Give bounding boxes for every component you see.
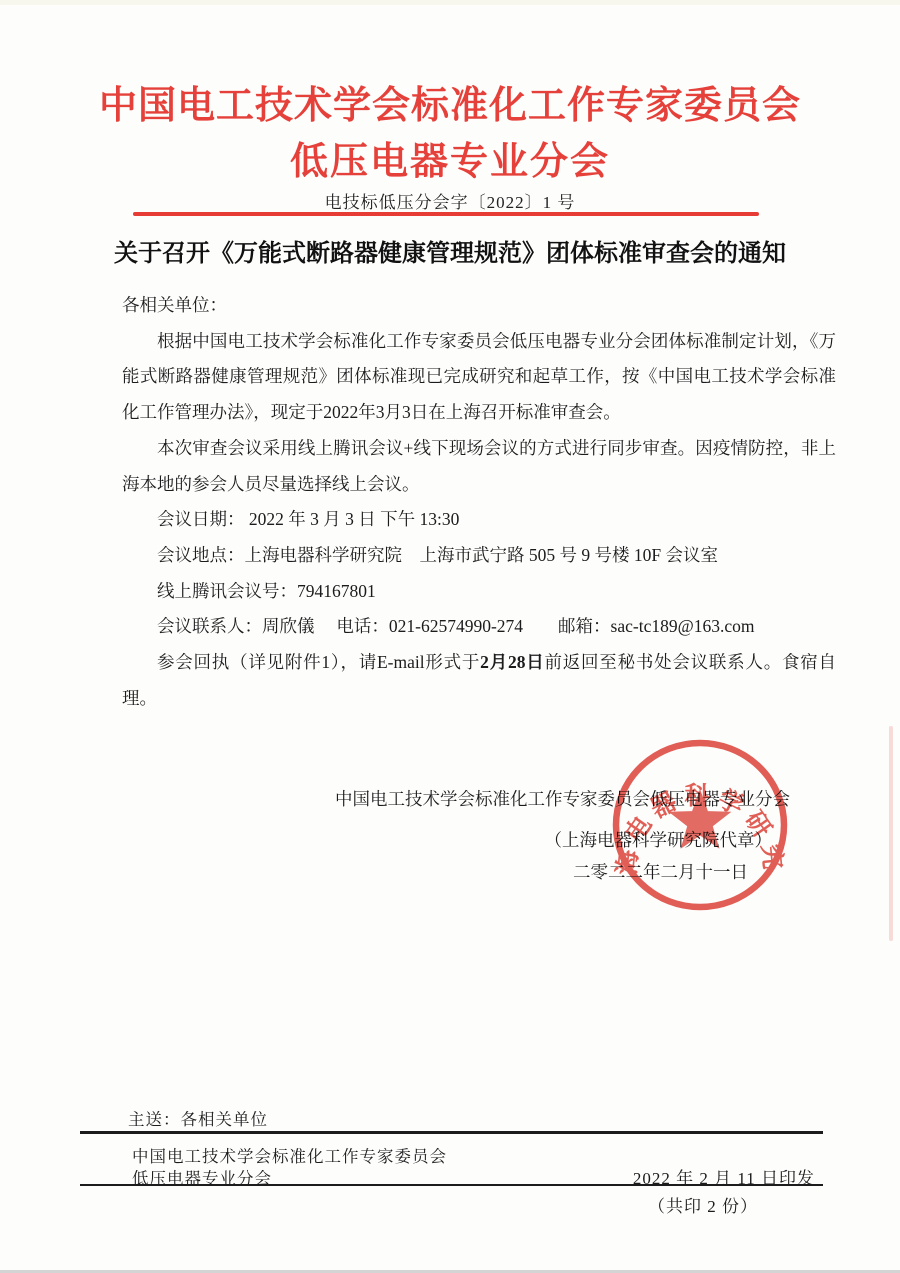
tencent-meeting-id-line: 线上腾讯会议号：794167801 — [122, 574, 836, 610]
salutation: 各相关单位： — [122, 288, 836, 324]
meeting-place-line: 会议地点：上海电器科学研究院 上海市武宁路 505 号 9 号楼 10F 会议室 — [122, 538, 836, 574]
document-page: 中国电工技术学会标准化工作专家委员会 低压电器专业分会 电技标低压分会字〔202… — [0, 0, 900, 1273]
paragraph-1: 根据中国电工技术学会标准化工作专家委员会低压电器专业分会团体标准制定计划，《万能… — [122, 324, 836, 431]
scan-edge-top — [0, 0, 900, 5]
footer-rule-top — [80, 1131, 823, 1134]
paragraph-2: 本次审查会议采用线上腾讯会议+线下现场会议的方式进行同步审查。因疫情防控，非上海… — [122, 431, 836, 502]
reply-deadline: 2月28日 — [480, 652, 544, 672]
letterhead-org-line1: 中国电工技术学会标准化工作专家委员会 — [0, 74, 900, 129]
letterhead-red-rule — [133, 212, 759, 216]
scan-streak-artifact — [889, 726, 893, 941]
signature-org-line: 中国电工技术学会标准化工作专家委员会低压电器专业分会 — [335, 786, 790, 811]
paragraph-3: 参会回执（详见附件1），请E-mail形式于2月28日前返回至秘书处会议联系人。… — [122, 645, 836, 716]
main-send-line: 主送：各相关单位 — [128, 1106, 268, 1130]
document-title: 关于召开《万能式断路器健康管理规范》团体标准审查会的通知 — [62, 233, 838, 268]
letterhead-org-line2: 低压电器专业分会 — [0, 130, 900, 185]
copies-count: （共印 2 份） — [648, 1192, 758, 1217]
paragraph-3-prefix: 参会回执（详见附件1），请E-mail形式于 — [157, 652, 480, 672]
signature-proxy-line: （上海电器科学研究院代章） — [545, 827, 773, 852]
document-body: 各相关单位： 根据中国电工技术学会标准化工作专家委员会低压电器专业分会团体标准制… — [122, 288, 836, 716]
contact-line: 会议联系人：周欣儀 电话：021-62574990-274 邮箱：sac-tc1… — [122, 609, 836, 645]
document-number: 电技标低压分会字〔2022〕1 号 — [0, 188, 900, 213]
meeting-date-line: 会议日期： 2022 年 3 月 3 日 下午 13:30 — [122, 502, 836, 538]
footer-rule-bottom — [80, 1184, 823, 1186]
footer-org-line1: 中国电工技术学会标准化工作专家委员会 — [132, 1143, 447, 1167]
signature-date: 二零二二年二月十一日 — [573, 859, 748, 884]
